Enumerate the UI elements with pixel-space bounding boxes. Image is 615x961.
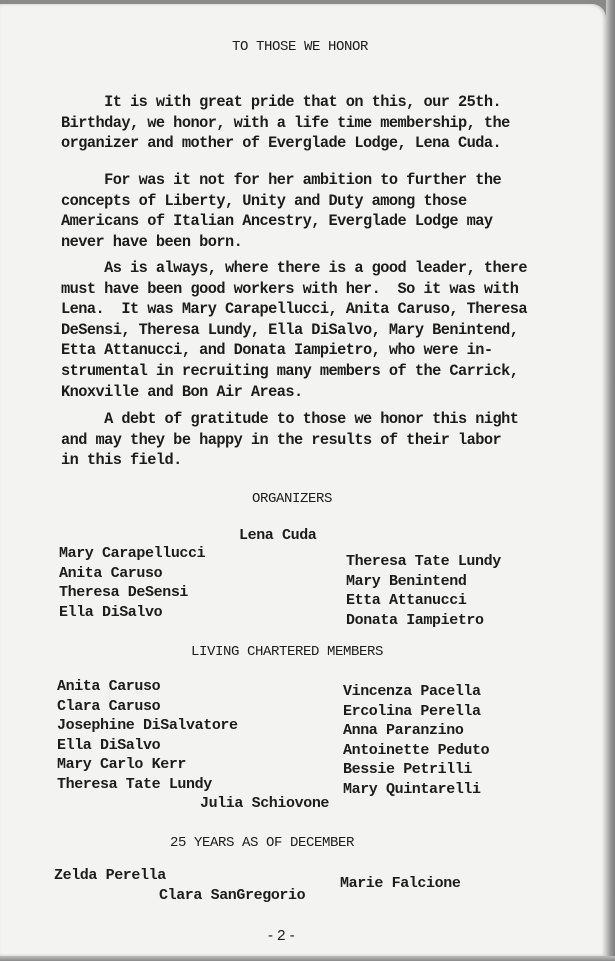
paragraph-line: in this field.	[61, 450, 591, 471]
page-bottom-edge	[0, 956, 615, 961]
organizers-right-column: Theresa Tate Lundy Mary Benintend Etta A…	[346, 552, 501, 630]
paragraph-line: For was it not for her ambition to furth…	[61, 170, 591, 191]
organizer-name: Theresa DeSensi	[59, 583, 205, 603]
member-name: Clara Caruso	[57, 697, 238, 717]
organizer-name: Mary Benintend	[346, 572, 501, 592]
chartered-members-heading: LIVING CHARTERED MEMBERS	[191, 642, 383, 663]
paragraph-line: Knoxville and Bon Air Areas.	[61, 382, 591, 403]
paragraph-line: never have been born.	[61, 232, 591, 253]
paragraph-line: Americans of Italian Ancestry, Everglade…	[61, 211, 591, 232]
organizer-name: Anita Caruso	[59, 564, 205, 584]
document-page: TO THOSE WE HONOR It is with great pride…	[0, 4, 606, 956]
paragraph-line: concepts of Liberty, Unity and Duty amon…	[61, 191, 591, 212]
page-edge-shadow	[606, 0, 615, 961]
member-name: Antoinette Peduto	[343, 741, 489, 761]
paragraph-line: A debt of gratitude to those we honor th…	[61, 409, 591, 430]
page-title: TO THOSE WE HONOR	[232, 37, 368, 58]
paragraph-workers: As is always, where there is a good lead…	[61, 258, 591, 402]
paragraph-line: Birthday, we honor, with a life time mem…	[61, 113, 591, 134]
organizers-heading: ORGANIZERS	[252, 489, 332, 510]
paragraph-line: DeSensi, Theresa Lundy, Ella DiSalvo, Ma…	[61, 320, 591, 341]
organizer-name: Donata Iampietro	[346, 611, 501, 631]
organizers-left-column: Mary Carapellucci Anita Caruso Theresa D…	[59, 544, 205, 622]
member-name: Theresa Tate Lundy	[57, 775, 238, 795]
member-name: Zelda Perella	[54, 866, 166, 887]
paragraph-line: Lena. It was Mary Carapellucci, Anita Ca…	[61, 299, 591, 320]
organizer-name: Ella DiSalvo	[59, 603, 205, 623]
paragraph-line: organizer and mother of Everglade Lodge,…	[61, 133, 591, 154]
member-name: Marie Falcione	[340, 874, 460, 895]
paragraph-intro: It is with great pride that on this, our…	[61, 92, 591, 154]
paragraph-line: As is always, where there is a good lead…	[61, 258, 591, 279]
member-name-centered: Julia Schiovone	[200, 794, 329, 815]
member-name: Vincenza Pacella	[343, 682, 489, 702]
paragraph-ambition: For was it not for her ambition to furth…	[61, 170, 591, 252]
member-name: Bessie Petrilli	[343, 760, 489, 780]
member-name: Anna Paranzino	[343, 721, 489, 741]
organizer-name: Etta Attanucci	[346, 591, 501, 611]
member-name: Clara SanGregorio	[159, 886, 305, 907]
member-name: Josephine DiSalvatore	[57, 716, 238, 736]
organizer-name: Theresa Tate Lundy	[346, 552, 501, 572]
paragraph-line: strumental in recruiting many members of…	[61, 361, 591, 382]
chartered-left-column: Anita Caruso Clara Caruso Josephine DiSa…	[57, 677, 238, 794]
organizer-name: Mary Carapellucci	[59, 544, 205, 564]
member-name: Ella DiSalvo	[57, 736, 238, 756]
paragraph-line: and may they be happy in the results of …	[61, 430, 591, 451]
twenty-five-years-heading: 25 YEARS AS OF DECEMBER	[170, 833, 354, 854]
paragraph-line: Etta Attanucci, and Donata Iampietro, wh…	[61, 340, 591, 361]
paragraph-line: It is with great pride that on this, our…	[61, 92, 591, 113]
member-name: Ercolina Perella	[343, 702, 489, 722]
chartered-right-column: Vincenza Pacella Ercolina Perella Anna P…	[343, 682, 489, 799]
paragraph-gratitude: A debt of gratitude to those we honor th…	[61, 409, 591, 471]
member-name: Anita Caruso	[57, 677, 238, 697]
member-name: Mary Quintarelli	[343, 780, 489, 800]
member-name: Mary Carlo Kerr	[57, 755, 238, 775]
organizer-founder: Lena Cuda	[239, 526, 316, 547]
page-number: - 2 -	[268, 926, 295, 947]
paragraph-line: must have been good workers with her. So…	[61, 279, 591, 300]
